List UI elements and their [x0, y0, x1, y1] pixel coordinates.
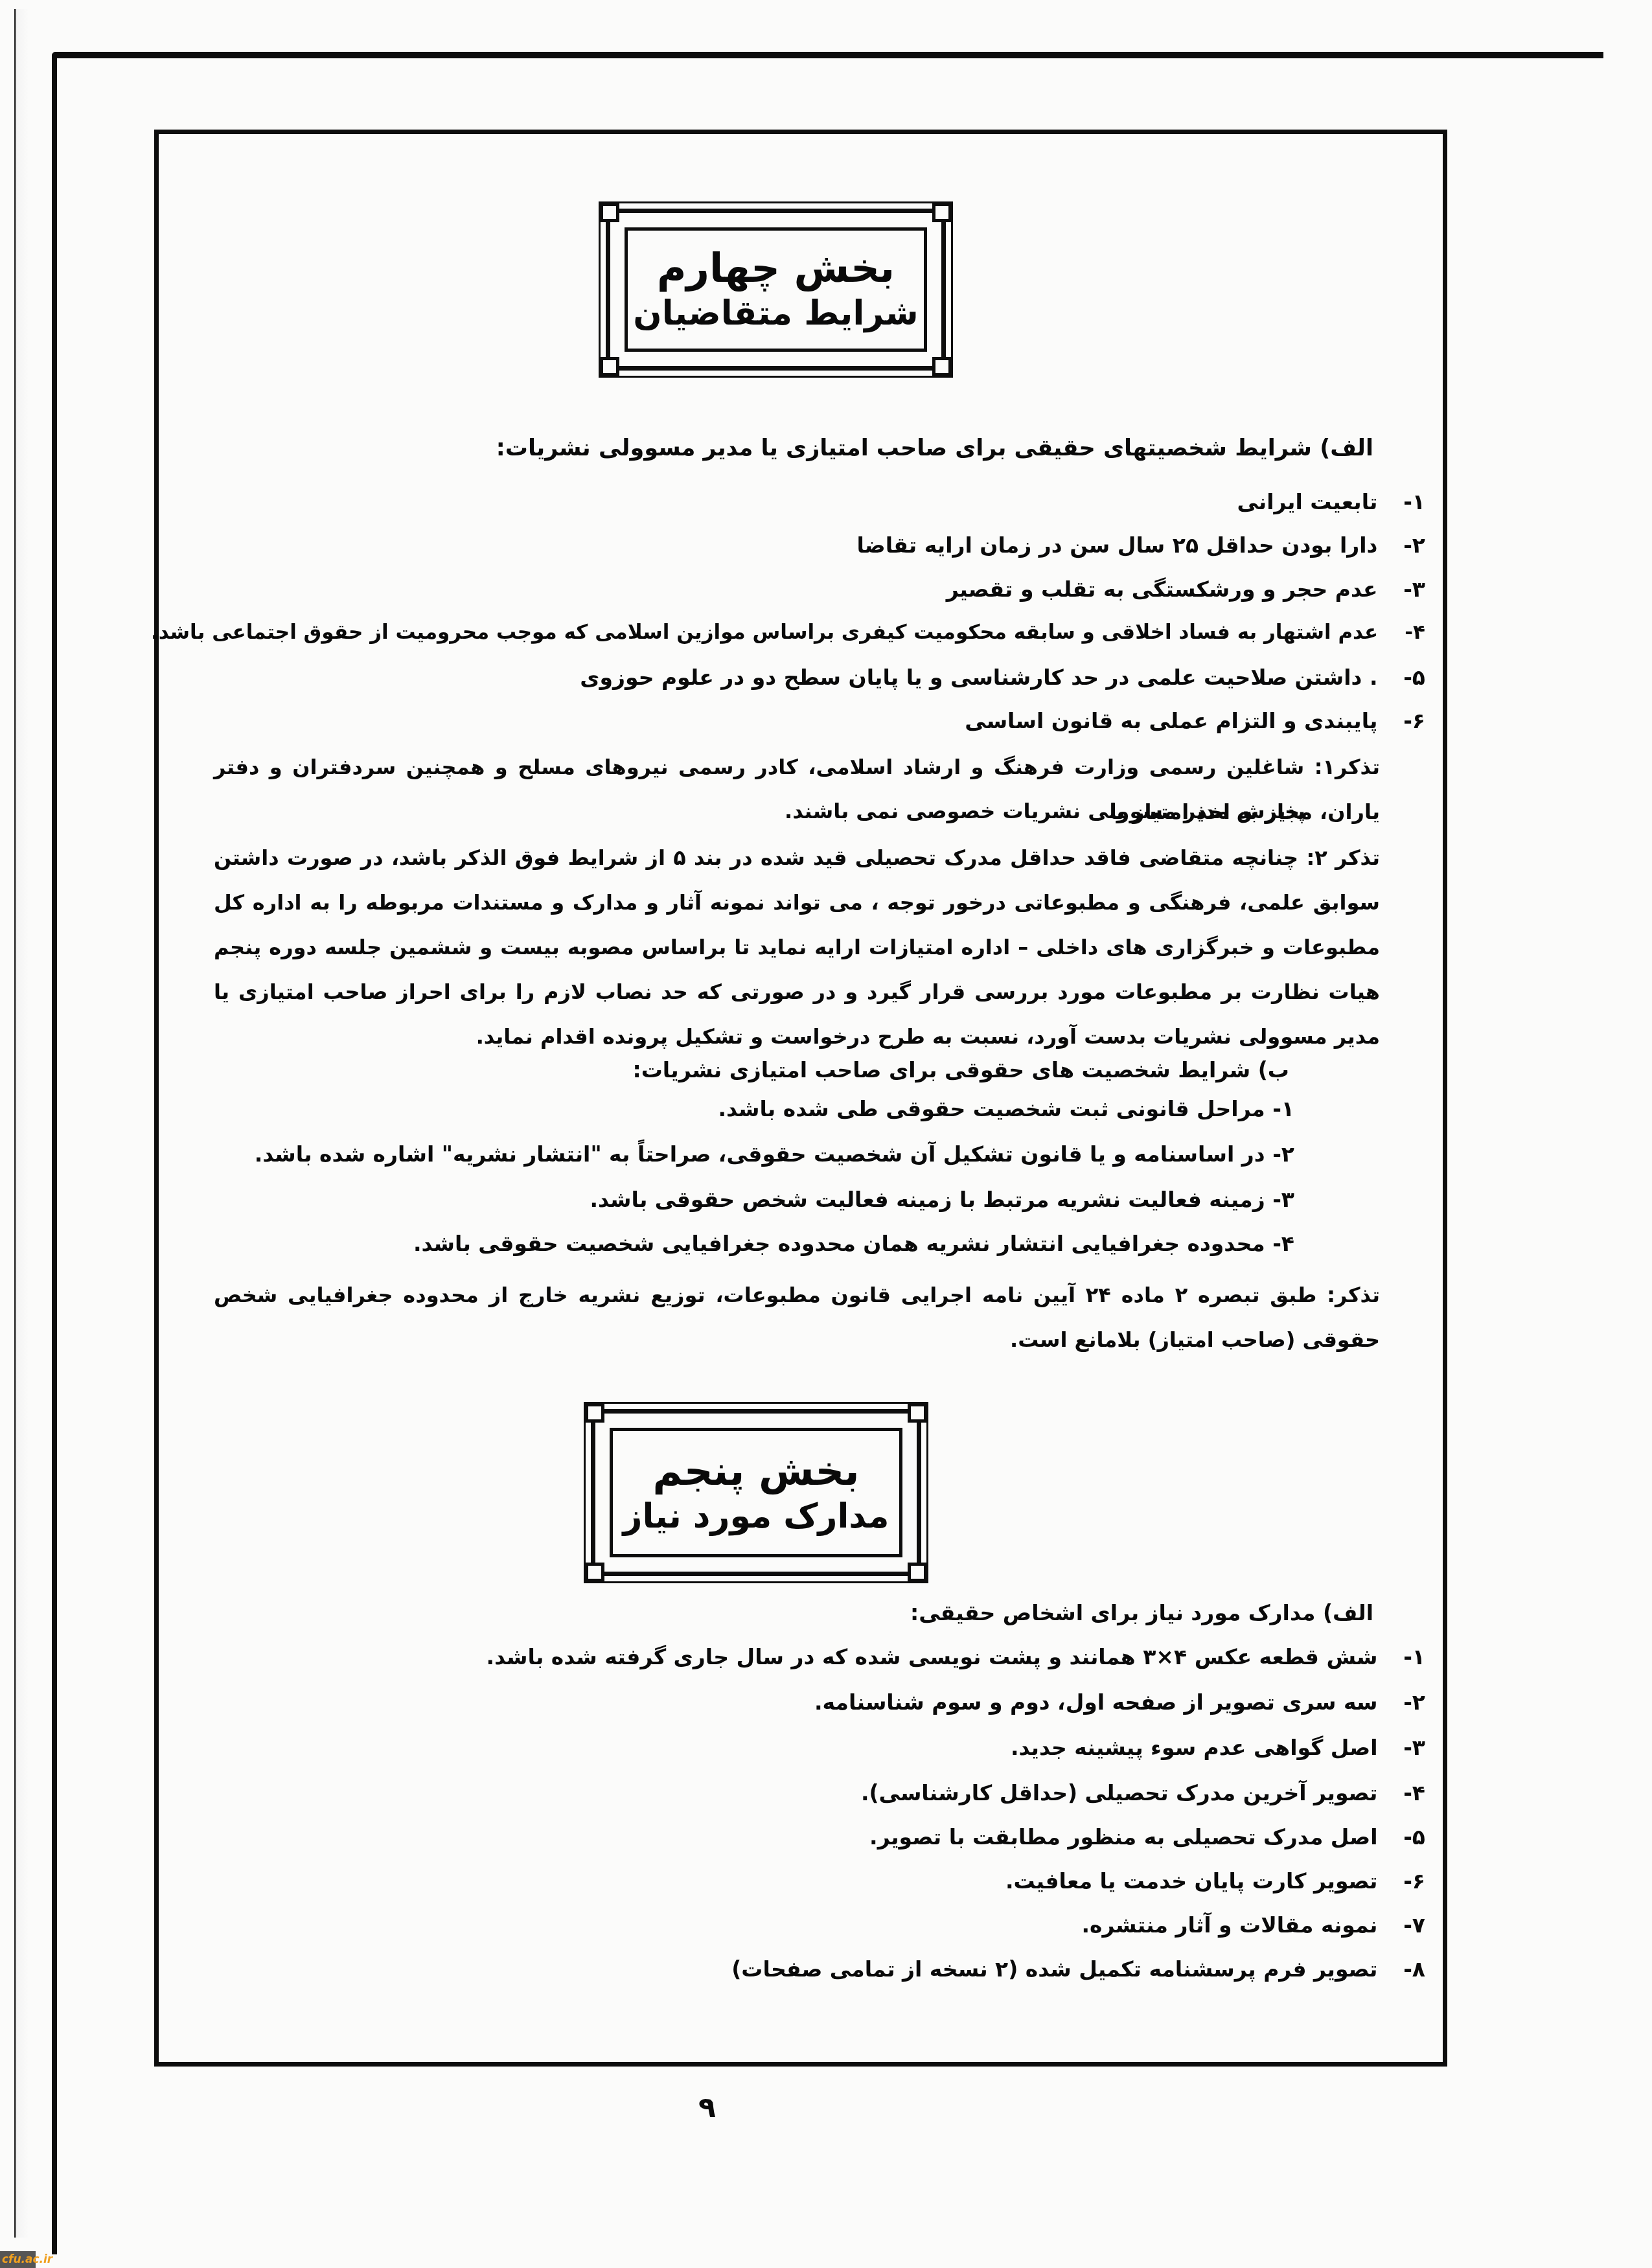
frame-corner-ornament — [908, 1403, 927, 1423]
page-frame-left-rule — [52, 52, 57, 2254]
list-item: ۵- اصل مدرک تحصیلی به منظور مطابقت با تص… — [869, 1824, 1425, 1850]
list-item: ۵- . داشتن صلاحیت علمی در حد کارشناسی و … — [580, 665, 1425, 690]
item-number: ۶- — [1385, 1868, 1425, 1894]
note-label: تذکر۱: — [1314, 755, 1380, 779]
item-text: تصویر فرم پرسشنامه تکمیل شده (۲ نسخه از … — [731, 1956, 1377, 1982]
frame-corner-ornament — [932, 357, 952, 376]
list-item: ۲- سه سری تصویر از صفحه اول، دوم و سوم ش… — [814, 1690, 1425, 1715]
section-5-subtitle: مدارک مورد نیاز — [623, 1496, 889, 1538]
list-item: ۱- شش قطعه عکس ۴×۳ همانند و پشت نویسی شد… — [486, 1644, 1425, 1669]
note-text: چنانچه متقاضی فاقد حداقل مدرک تحصیلی قید… — [214, 845, 1380, 1049]
item-text: تصویر کارت پایان خدمت یا معافیت. — [1005, 1868, 1377, 1894]
frame-corner-ornament — [585, 1403, 604, 1423]
note-label: تذکر ۲: — [1306, 845, 1380, 870]
list-item: ۶- پایبندی و التزام عملی به قانون اساسی — [965, 708, 1425, 733]
section-4-subtitle: شرایط متقاضیان — [633, 293, 918, 335]
list-item: ۳- اصل گواهی عدم سوء پیشینه جدید. — [1011, 1735, 1425, 1760]
frame-corner-ornament — [600, 203, 619, 222]
item-number: ۴- — [1272, 1231, 1294, 1256]
item-text: نمونه مقالات و آثار منتشره. — [1082, 1912, 1378, 1938]
item-text: محدوده جغرافیایی انتشار نشریه همان محدود… — [413, 1231, 1265, 1256]
item-number: ۴- — [1385, 621, 1425, 644]
section-4-title-frame: بخش چهارم شرایط متقاضیان — [606, 209, 946, 371]
section-4-part-b-heading: ب) شرایط شخصیت های حقوقی برای صاحب امتیا… — [633, 1057, 1290, 1082]
site-watermark: cfu.ac.ir — [0, 2251, 36, 2268]
item-number: ۳- — [1385, 577, 1425, 602]
item-text: عدم اشتهار به فساد اخلاقی و سابقه محکومی… — [151, 621, 1378, 644]
list-item: ۳- عدم حجر و ورشکستگی به تقلب و تقصیر — [946, 577, 1425, 602]
list-item: ۸- تصویر فرم پرسشنامه تکمیل شده (۲ نسخه … — [731, 1956, 1425, 1982]
item-text: شش قطعه عکس ۴×۳ همانند و پشت نویسی شده ک… — [486, 1644, 1377, 1669]
list-item: ۲- دارا بودن حداقل ۲۵ سال سن در زمان ارا… — [856, 533, 1425, 558]
item-text: پایبندی و التزام عملی به قانون اساسی — [965, 708, 1377, 733]
item-number: ۵- — [1385, 1824, 1425, 1850]
item-number: ۷- — [1385, 1912, 1425, 1938]
item-number: ۱- — [1272, 1096, 1294, 1121]
item-number: ۴- — [1385, 1780, 1425, 1805]
frame-corner-ornament — [600, 357, 619, 376]
item-number: ۱- — [1385, 1644, 1425, 1669]
item-number: ۳- — [1385, 1735, 1425, 1760]
section-5-title: بخش پنجم — [652, 1447, 859, 1495]
page-frame-top-rule — [52, 52, 1603, 58]
item-text: دارا بودن حداقل ۲۵ سال سن در زمان ارایه … — [856, 533, 1377, 558]
note-2: تذکر ۲: چنانچه متقاضی فاقد حداقل مدرک تح… — [214, 836, 1380, 1059]
section-4-part-a-heading: الف) شرایط شخصیتهای حقیقی برای صاحب امتی… — [496, 435, 1373, 461]
section-4-title: بخش چهارم — [657, 244, 895, 292]
item-number: ۱- — [1385, 489, 1425, 514]
item-number: ۵- — [1385, 665, 1425, 690]
note-1-continuation: پذیرش مدیر مسوولی نشریات خصوصی نمی باشند… — [785, 789, 1305, 834]
list-item: ۱- مراحل قانونی ثبت شخصیت حقوقی طی شده ب… — [718, 1096, 1294, 1121]
list-item: ۶- تصویر کارت پایان خدمت یا معافیت. — [1005, 1868, 1425, 1894]
list-item: ۳- زمینه فعالیت نشریه مرتبط با زمینه فعا… — [590, 1187, 1294, 1212]
item-text: زمینه فعالیت نشریه مرتبط با زمینه فعالیت… — [590, 1187, 1265, 1212]
item-number: ۲- — [1272, 1141, 1294, 1167]
item-text: عدم حجر و ورشکستگی به تقلب و تقصیر — [946, 577, 1378, 602]
item-text: اصل مدرک تحصیلی به منظور مطابقت با تصویر… — [869, 1824, 1377, 1850]
frame-corner-ornament — [585, 1563, 604, 1582]
item-text: . داشتن صلاحیت علمی در حد کارشناسی و یا … — [580, 665, 1377, 690]
item-number: ۲- — [1385, 533, 1425, 558]
list-item: ۲- در اساسنامه و یا قانون تشکیل آن شخصیت… — [255, 1141, 1294, 1167]
item-text: مراحل قانونی ثبت شخصیت حقوقی طی شده باشد… — [718, 1096, 1265, 1121]
item-number: ۸- — [1385, 1956, 1425, 1982]
list-item: ۴- تصویر آخرین مدرک تحصیلی (حداقل کارشنا… — [861, 1780, 1425, 1805]
item-number: ۳- — [1272, 1187, 1294, 1212]
item-text: تصویر آخرین مدرک تحصیلی (حداقل کارشناسی)… — [861, 1780, 1378, 1805]
item-text: سه سری تصویر از صفحه اول، دوم و سوم شناس… — [814, 1690, 1377, 1715]
list-item: ۴- محدوده جغرافیایی انتشار نشریه همان مح… — [413, 1231, 1294, 1256]
item-number: ۲- — [1385, 1690, 1425, 1715]
item-text: تابعیت ایرانی — [1237, 489, 1377, 514]
note-text: طبق تبصره ۲ ماده ۲۴ آیین نامه اجرایی قان… — [214, 1283, 1380, 1352]
part-b-note: تذکر: طبق تبصره ۲ ماده ۲۴ آیین نامه اجرا… — [214, 1273, 1380, 1362]
section-5-title-frame: بخش پنجم مدارک مورد نیاز — [591, 1409, 921, 1576]
list-item: ۷- نمونه مقالات و آثار منتشره. — [1082, 1912, 1425, 1938]
note-label: تذکر: — [1327, 1283, 1380, 1307]
list-item: ۱- تابعیت ایرانی — [1237, 489, 1425, 514]
item-number: ۶- — [1385, 708, 1425, 733]
scan-edge-shadow — [14, 9, 29, 2238]
list-item: ۴- عدم اشتهار به فساد اخلاقی و سابقه محک… — [151, 621, 1425, 644]
frame-corner-ornament — [932, 203, 952, 222]
frame-corner-ornament — [908, 1563, 927, 1582]
section-5-part-a-heading: الف) مدارک مورد نیاز برای اشخاص حقیقی: — [910, 1600, 1373, 1625]
page-number: ۹ — [698, 2091, 716, 2124]
item-text: اصل گواهی عدم سوء پیشینه جدید. — [1011, 1735, 1378, 1760]
item-text: در اساسنامه و یا قانون تشکیل آن شخصیت حق… — [255, 1141, 1265, 1167]
